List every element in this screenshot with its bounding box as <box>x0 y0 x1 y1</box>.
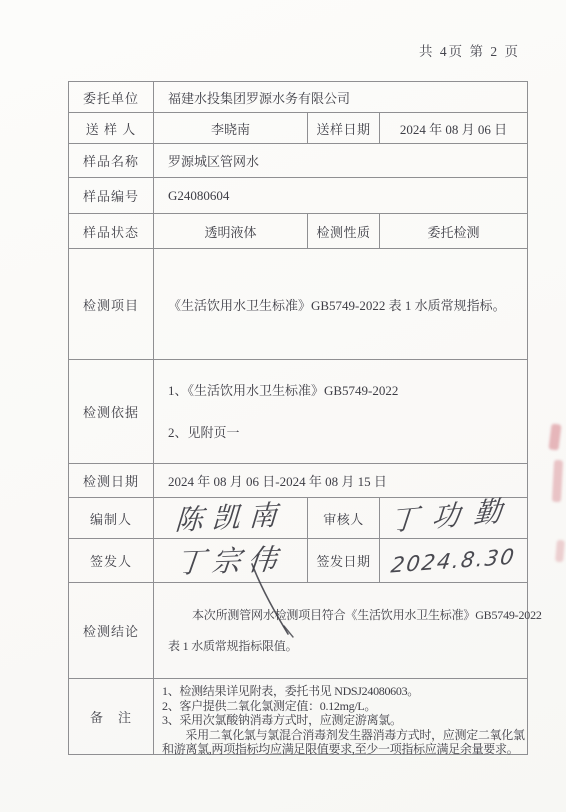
sample-state-value: 透明液体 <box>153 214 307 248</box>
issue-date-value: 2024.8.30 <box>379 539 527 582</box>
sender-label: 送 样 人 <box>69 113 153 143</box>
test-basis-line: 1、《生活饮用水卫生标准》GB5749-2022 <box>168 381 398 401</box>
red-stamp-bleed-mark <box>555 540 565 563</box>
row-client: 委托单位 福建水投集团罗源水务有限公司 <box>69 82 527 112</box>
row-conclusion: 检测结论 本次所测管网水检测项目符合《生活饮用水卫生标准》GB5749-2022… <box>69 582 527 678</box>
remarks-label: 备 注 <box>69 679 153 754</box>
row-compiler: 编制人 陈凯南 审核人 丁功勤 <box>69 497 527 538</box>
test-items-value: 《生活饮用水卫生标准》GB5749-2022 表 1 水质常规指标。 <box>153 249 527 359</box>
conclusion-label: 检测结论 <box>69 583 153 678</box>
test-nature-value: 委托检测 <box>379 214 527 248</box>
test-basis-line: 2、见附页一 <box>168 423 240 443</box>
conclusion-value: 本次所测管网水检测项目符合《生活饮用水卫生标准》GB5749-2022 表 1 … <box>153 583 550 678</box>
row-issuer: 签发人 丁宗伟 签发日期 2024.8.30 <box>69 538 527 582</box>
handwritten-signature: 丁宗伟 <box>174 537 286 582</box>
send-date-label: 送样日期 <box>307 113 379 143</box>
remark-line: 1、检测结果详见附表，委托书见 NDSJ24080603。 <box>162 684 419 699</box>
row-sample-state: 样品状态 透明液体 检测性质 委托检测 <box>69 213 527 248</box>
sender-value: 李晓南 <box>153 113 307 143</box>
issuer-label: 签发人 <box>69 539 153 582</box>
remark-line: 采用二氧化氯与氯混合消毒剂发生器消毒方式时，应测定二氧化氯 <box>162 728 525 743</box>
remark-line: 3、采用次氯酸钠消毒方式时，应测定游离氯。 <box>162 713 402 728</box>
conclusion-line: 本次所测管网水检测项目符合《生活饮用水卫生标准》GB5749-2022 <box>168 600 542 631</box>
compiler-signature: 陈凯南 <box>153 498 307 538</box>
row-sample-no: 样品编号 G24080604 <box>69 177 527 213</box>
row-sample-name: 样品名称 罗源城区管网水 <box>69 143 527 177</box>
test-nature-label: 检测性质 <box>307 214 379 248</box>
row-remarks: 备 注 1、检测结果详见附表，委托书见 NDSJ24080603。 2、客户提供… <box>69 678 527 754</box>
page-number: 共 4页 第 2 页 <box>419 40 520 60</box>
client-label: 委托单位 <box>69 82 153 112</box>
red-stamp-bleed-mark <box>548 423 561 450</box>
row-test-date: 检测日期 2024 年 08 月 06 日-2024 年 08 月 15 日 <box>69 463 527 497</box>
sample-state-label: 样品状态 <box>69 214 153 248</box>
remarks-value: 1、检测结果详见附表，委托书见 NDSJ24080603。 2、客户提供二氧化氯… <box>153 679 527 754</box>
sample-no-label: 样品编号 <box>69 178 153 213</box>
remark-line: 和游离氯,两项指标均应满足限值要求,至少一项指标应满足余量要求。 <box>162 742 518 757</box>
row-test-basis: 检测依据 1、《生活饮用水卫生标准》GB5749-2022 2、见附页一 <box>69 359 527 463</box>
test-basis-label: 检测依据 <box>69 360 153 463</box>
handwritten-signature: 陈凯南 <box>174 493 287 539</box>
test-items-label: 检测项目 <box>69 249 153 359</box>
red-stamp-bleed-mark <box>552 460 563 502</box>
client-value: 福建水投集团罗源水务有限公司 <box>153 82 527 112</box>
test-date-label: 检测日期 <box>69 464 153 497</box>
reviewer-label: 审核人 <box>307 498 379 538</box>
sample-no-value: G24080604 <box>153 178 527 213</box>
sample-name-value: 罗源城区管网水 <box>153 144 527 177</box>
send-date-value: 2024 年 08 月 06 日 <box>379 113 527 143</box>
issue-date-label: 签发日期 <box>307 539 379 582</box>
remark-line: 2、客户提供二氧化氯测定值：0.12mg/L。 <box>162 699 376 714</box>
handwritten-date: 2024.8.30 <box>389 544 517 577</box>
issuer-signature: 丁宗伟 <box>153 539 307 582</box>
sample-name-label: 样品名称 <box>69 144 153 177</box>
scanned-report-page: { "pagination": { "text": "共 4页 第 2 页" }… <box>0 0 566 812</box>
compiler-label: 编制人 <box>69 498 153 538</box>
conclusion-line: 表 1 水质常规指标限值。 <box>168 631 297 662</box>
report-info-table: 委托单位 福建水投集团罗源水务有限公司 送 样 人 李晓南 送样日期 2024 … <box>68 81 528 755</box>
row-sender: 送 样 人 李晓南 送样日期 2024 年 08 月 06 日 <box>69 112 527 143</box>
test-basis-value: 1、《生活饮用水卫生标准》GB5749-2022 2、见附页一 <box>153 360 527 463</box>
row-test-items: 检测项目 《生活饮用水卫生标准》GB5749-2022 表 1 水质常规指标。 <box>69 248 527 359</box>
reviewer-signature: 丁功勤 <box>379 498 527 538</box>
